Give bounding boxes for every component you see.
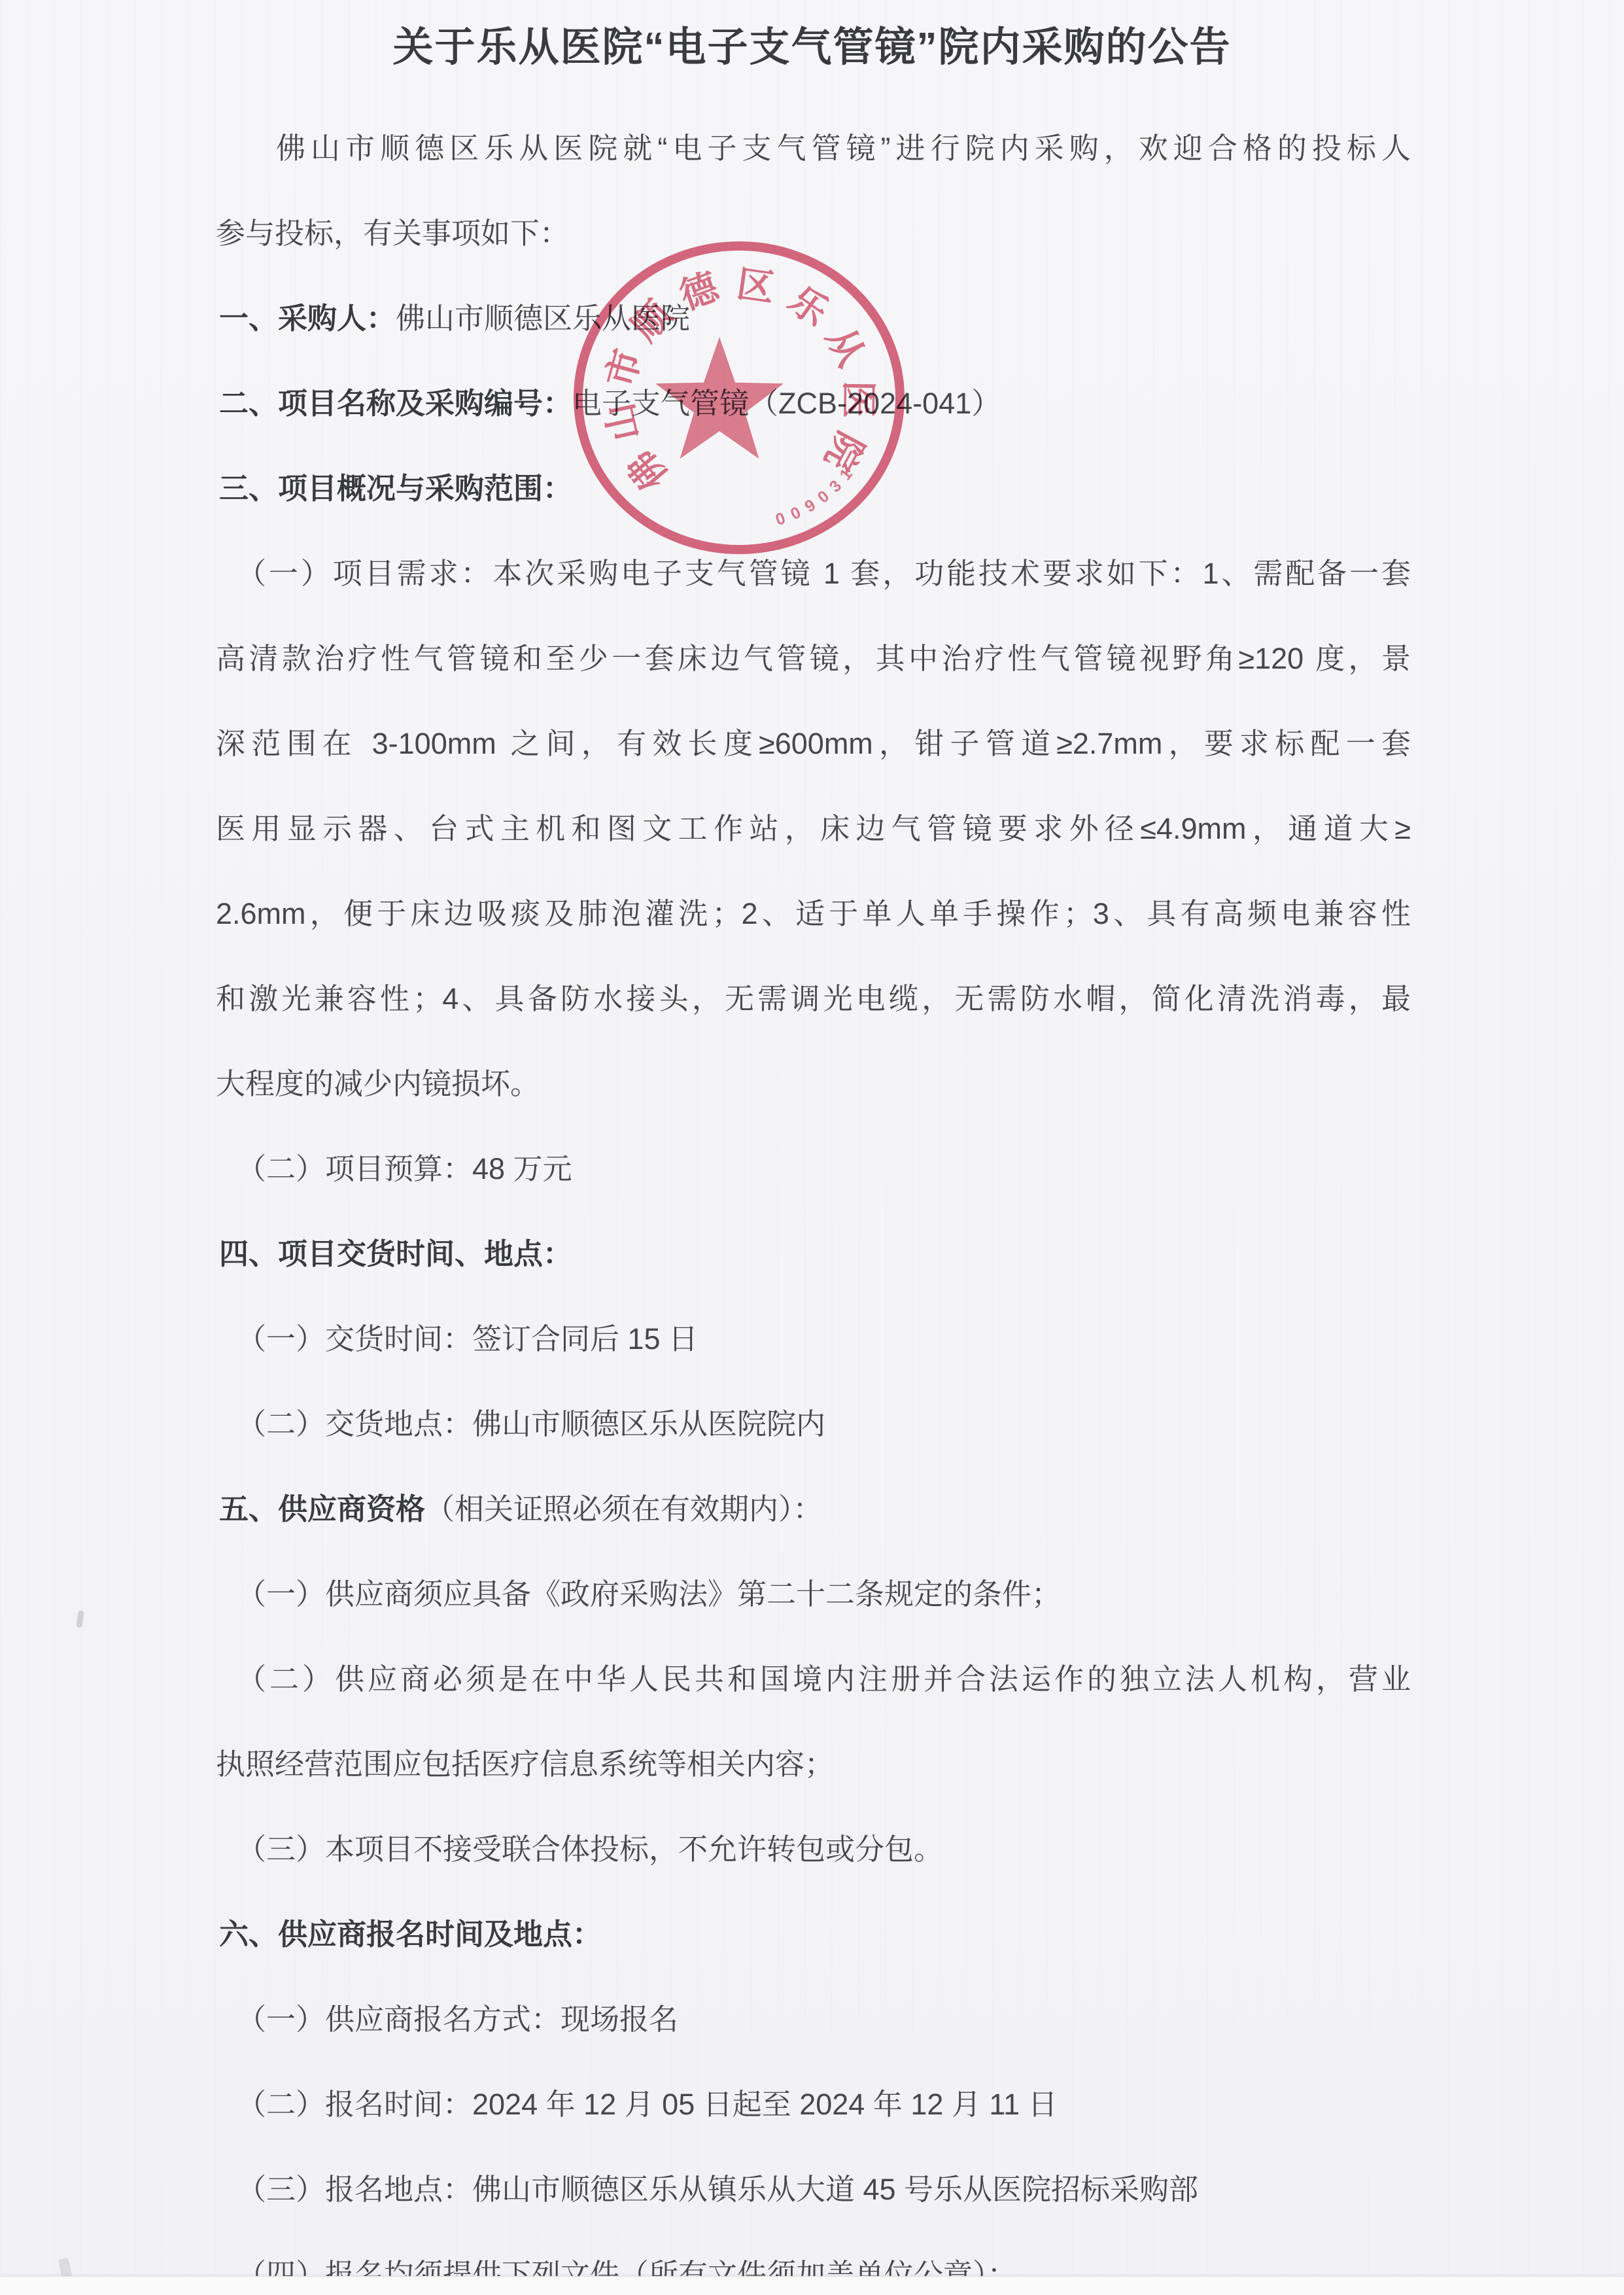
scan-page-bottom-edge	[0, 2276, 1624, 2295]
doc-line: 和激光兼容性；4、具备防水接头，无需调光电缆，无需防水帽，简化清洗消毒，最	[216, 980, 1411, 1021]
doc-line: 二、项目名称及采购编号：电子支气管镜（ZCB-2024-041）	[216, 385, 1411, 425]
doc-line: 六、供应商报名时间及地点：	[216, 1916, 1411, 1956]
doc-line: （二）报名时间：2024 年 12 月 05 日起至 2024 年 12 月 1…	[216, 2086, 1411, 2126]
line-text: 和激光兼容性；4、具备防水接头，无需调光电缆，无需防水帽，简化清洗消毒，最	[216, 982, 1411, 1015]
doc-line: 四、项目交货时间、地点：	[216, 1235, 1411, 1276]
line-label: 一、采购人：	[219, 302, 396, 335]
line-text: 高清款治疗性气管镜和至少一套床边气管镜，其中治疗性气管镜视野角≥120 度，景	[216, 642, 1411, 675]
doc-line: 深范围在 3-100mm 之间，有效长度≥600mm，钳子管道≥2.7mm，要求…	[216, 725, 1411, 765]
doc-line: （二）交货地点：佛山市顺德区乐从医院院内	[216, 1405, 1411, 1446]
line-text: 电子支气管镜（ZCB-2024-041）	[572, 387, 1001, 420]
line-text: （二）供应商必须是在中华人民共和国境内注册并合法运作的独立法人机构，营业	[237, 1662, 1411, 1696]
line-text: （二）项目预算：48 万元	[237, 1152, 572, 1185]
line-label: 三、项目概况与采购范围：	[219, 472, 572, 505]
line-text: （二）交货地点：佛山市顺德区乐从医院院内	[237, 1407, 825, 1441]
doc-line: 五、供应商资格（相关证照必须在有效期内）：	[216, 1490, 1411, 1531]
scan-artifact-mark	[76, 1611, 84, 1628]
line-text: 医用显示器、台式主机和图文工作站，床边气管镜要求外径≤4.9mm，通道大≥	[216, 812, 1411, 845]
doc-line: 佛山市顺德区乐从医院就“电子支气管镜”进行院内采购，欢迎合格的投标人	[216, 130, 1411, 170]
doc-line: （一）交货时间：签订合同后 15 日	[216, 1320, 1411, 1361]
line-text: 佛山市顺德区乐从医院	[396, 302, 690, 335]
line-text: 佛山市顺德区乐从医院就“电子支气管镜”进行院内采购，欢迎合格的投标人	[276, 131, 1411, 165]
line-label: 四、项目交货时间、地点：	[219, 1237, 572, 1270]
line-text: （三）报名地点：佛山市顺德区乐从镇乐从大道 45 号乐从医院招标采购部	[237, 2173, 1198, 2206]
scanned-announcement-page: 关于乐从医院“电子支气管镜”院内采购的公告 佛山市顺德区乐从医院就“电子支气管镜…	[0, 0, 1624, 2295]
line-text: （相关证照必须在有效期内）：	[425, 1492, 823, 1526]
doc-line: （一）供应商须应具备《政府采购法》第二十二条规定的条件；	[216, 1575, 1411, 1616]
doc-line: 执照经营范围应包括医疗信息系统等相关内容；	[216, 1745, 1411, 1786]
line-text: （二）报名时间：2024 年 12 月 05 日起至 2024 年 12 月 1…	[237, 2088, 1058, 2121]
doc-line: （一）项目需求：本次采购电子支气管镜 1 套，功能技术要求如下：1、需配备一套	[216, 555, 1411, 595]
doc-line: 医用显示器、台式主机和图文工作站，床边气管镜要求外径≤4.9mm，通道大≥	[216, 810, 1411, 850]
doc-line: （一）供应商报名方式：现场报名	[216, 2001, 1411, 2041]
document-title: 关于乐从医院“电子支气管镜”院内采购的公告	[0, 14, 1624, 73]
doc-line: 2.6mm，便于床边吸痰及肺泡灌洗；2、适于单人单手操作；3、具有高频电兼容性	[216, 895, 1411, 936]
line-text: （三）本项目不接受联合体投标，不允许转包或分包。	[237, 1832, 943, 1866]
line-text: 执照经营范围应包括医疗信息系统等相关内容；	[216, 1747, 834, 1781]
doc-line: （二）供应商必须是在中华人民共和国境内注册并合法运作的独立法人机构，营业	[216, 1660, 1411, 1701]
line-text: 深范围在 3-100mm 之间，有效长度≥600mm，钳子管道≥2.7mm，要求…	[216, 727, 1411, 760]
line-text: 参与投标，有关事项如下：	[216, 217, 569, 250]
doc-line: 三、项目概况与采购范围：	[216, 470, 1411, 510]
line-label: 二、项目名称及采购编号：	[219, 387, 572, 420]
doc-line: （三）报名地点：佛山市顺德区乐从镇乐从大道 45 号乐从医院招标采购部	[216, 2171, 1411, 2211]
line-text: （一）供应商报名方式：现场报名	[237, 2003, 678, 2036]
line-text: 大程度的减少内镜损坏。	[216, 1067, 540, 1100]
line-label: 五、供应商资格	[219, 1492, 425, 1526]
line-text: （一）项目需求：本次采购电子支气管镜 1 套，功能技术要求如下：1、需配备一套	[237, 557, 1411, 590]
doc-line: （二）项目预算：48 万元	[216, 1150, 1411, 1191]
line-text: 2.6mm，便于床边吸痰及肺泡灌洗；2、适于单人单手操作；3、具有高频电兼容性	[216, 897, 1411, 930]
seal-serial-digit: 0	[773, 509, 787, 529]
doc-line: 参与投标，有关事项如下：	[216, 215, 1411, 255]
line-text: （一）交货时间：签订合同后 15 日	[237, 1322, 698, 1356]
doc-line: 大程度的减少内镜损坏。	[216, 1065, 1411, 1106]
doc-line: 一、采购人：佛山市顺德区乐从医院	[216, 300, 1411, 340]
doc-line: （三）本项目不接受联合体投标，不允许转包或分包。	[216, 1831, 1411, 1871]
doc-line: 高清款治疗性气管镜和至少一套床边气管镜，其中治疗性气管镜视野角≥120 度，景	[216, 640, 1411, 680]
line-label: 六、供应商报名时间及地点：	[219, 1918, 602, 1951]
line-text: （一）供应商须应具备《政府采购法》第二十二条规定的条件；	[237, 1577, 1061, 1611]
